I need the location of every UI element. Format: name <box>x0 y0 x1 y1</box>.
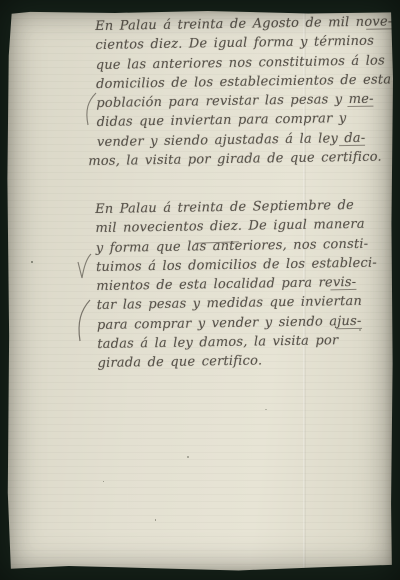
paper-speck <box>155 519 156 521</box>
paragraph-september-entry: En Palau á treinta de Septiembre de mil … <box>95 195 398 373</box>
paper-speck <box>103 481 104 482</box>
manuscript-page: En Palau á treinta de Agosto de mil nove… <box>7 11 393 571</box>
margin-flourish <box>76 252 92 280</box>
paper-speck <box>187 456 189 458</box>
manuscript-line: girada de que certifico. <box>97 350 397 374</box>
paper-speck <box>265 409 267 410</box>
manuscript-line: mos, la visita por girada de que certifi… <box>88 147 397 171</box>
scan-background: En Palau á treinta de Agosto de mil nove… <box>0 0 400 580</box>
paper-speck <box>31 261 33 263</box>
paragraph-august-entry: En Palau á treinta de Agosto de mil nove… <box>95 12 397 171</box>
margin-flourish <box>73 298 93 342</box>
